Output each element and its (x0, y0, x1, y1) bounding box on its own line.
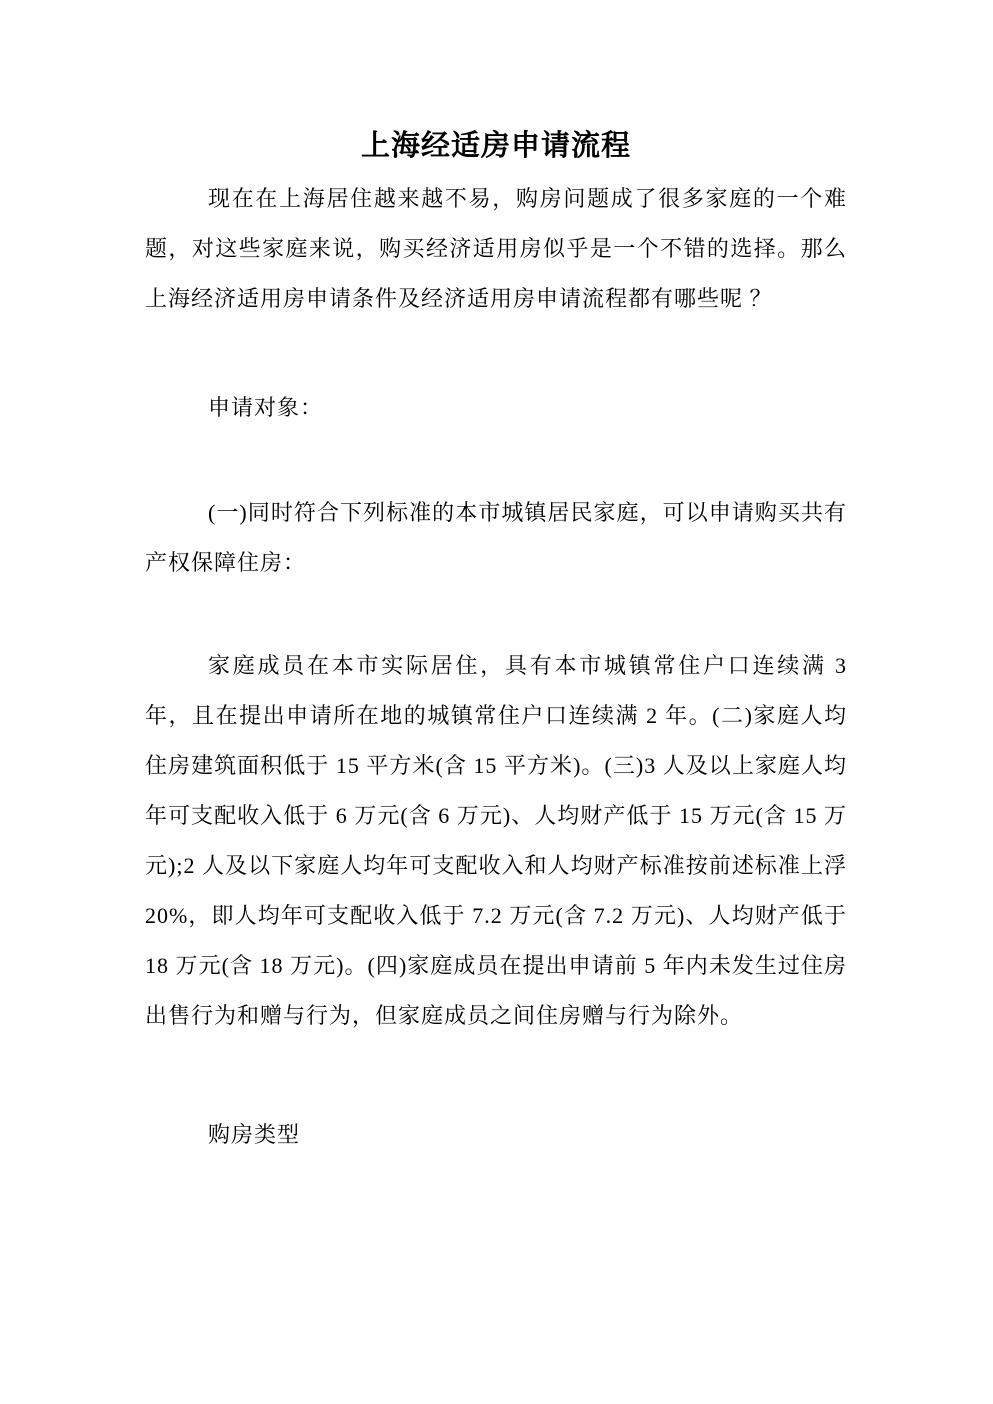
document-content: 上海经适房申请流程 现在在上海居住越来越不易，购房问题成了很多家庭的一个难题，对… (145, 121, 847, 1160)
paragraph-eligibility-intro: (一)同时符合下列标准的本市城镇居民家庭，可以申请购买共有产权保障住房： (145, 488, 847, 588)
paragraph-eligibility-criteria: 家庭成员在本市实际居住，具有本市城镇常住户口连续满 3 年，且在提出申请所在地的… (145, 641, 847, 1041)
document-page: 上海经适房申请流程 现在在上海居住越来越不易，购房问题成了很多家庭的一个难题，对… (0, 0, 993, 1404)
section-heading-applicants: 申请对象： (145, 383, 847, 433)
paragraph-intro: 现在在上海居住越来越不易，购房问题成了很多家庭的一个难题，对这些家庭来说，购买经… (145, 174, 847, 324)
document-title: 上海经适房申请流程 (145, 121, 847, 171)
section-heading-purchase-type: 购房类型 (145, 1110, 847, 1160)
